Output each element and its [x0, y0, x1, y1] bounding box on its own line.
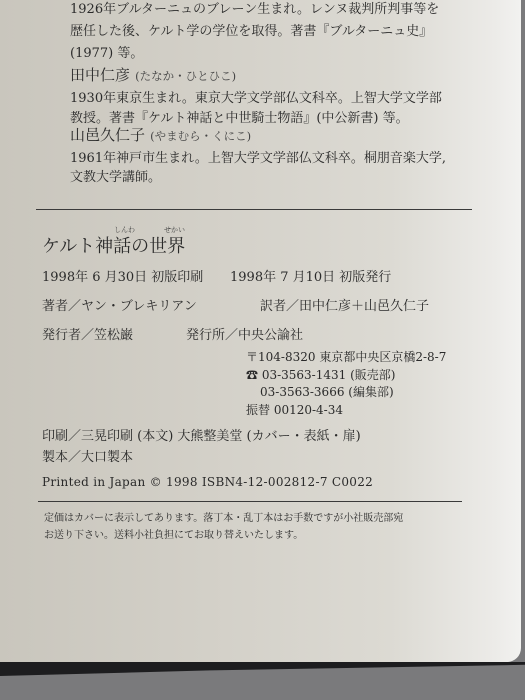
- bio3-heading: 山邑久仁子 (やまむら・くにこ): [70, 124, 251, 145]
- book-title: ケルト神話の世界: [42, 232, 185, 258]
- notice-line2: お送り下さい。送料小社負担にてお取り替えいたします。: [44, 526, 303, 541]
- publisher-person: 発行者／笠松巌: [42, 324, 133, 343]
- bio1-line2: 歴任した後、ケルト学の学位を取得。著書『ブルターニュ史』: [70, 20, 432, 39]
- bio3-reading: (やまむら・くにこ): [150, 129, 251, 143]
- bio2-line1: 1930年東京生まれ。東京大学文学部仏文科卒。上智大学文学部: [70, 87, 442, 106]
- bio2-reading: (たなか・ひとひこ): [135, 69, 236, 83]
- bio3-line2: 文教大学講師。: [70, 166, 161, 185]
- translator: 訳者／田中仁彦＋山邑久仁子: [260, 295, 429, 314]
- divider-top: [36, 209, 472, 210]
- first-print-date: 1998年 6 月30日 初版印刷: [42, 266, 203, 285]
- publisher-address: 〒104-8320 東京都中央区京橋2-8-7: [246, 348, 446, 365]
- book-cover-edge: [0, 662, 525, 676]
- phone-editorial: 03-3563-3666 (編集部): [260, 383, 394, 400]
- phone-sales: ☎ 03-3563-1431 (販売部): [246, 366, 395, 383]
- bio2-heading: 田中仁彦 (たなか・ひとひこ): [70, 64, 236, 85]
- author: 著者／ヤン・ブレキリアン: [42, 295, 197, 314]
- publisher-company: 発行所／中央公論社: [186, 324, 303, 343]
- divider-bottom: [38, 501, 462, 502]
- first-publish-date: 1998年 7 月10日 初版発行: [230, 266, 391, 285]
- binder: 製本／大口製本: [42, 446, 133, 465]
- bio2-name: 田中仁彦: [70, 66, 130, 84]
- transfer-account: 振替 00120-4-34: [246, 401, 343, 418]
- book-page: 1926年ブルターニュのブレーン生まれ。レンヌ裁判所判事等を 歴任した後、ケルト…: [0, 0, 521, 662]
- bio1-line1: 1926年ブルターニュのブレーン生まれ。レンヌ裁判所判事等を: [70, 0, 439, 17]
- isbn-line: Printed in Japan © 1998 ISBN4-12-002812-…: [42, 475, 373, 489]
- bio3-line1: 1961年神戸市生まれ。上智大学文学部仏文科卒。桐朋音楽大学,: [70, 147, 446, 166]
- notice-line1: 定価はカバーに表示してあります。落丁本・乱丁本はお手数ですが小社販売部宛: [44, 509, 403, 524]
- bio3-name: 山邑久仁子: [70, 126, 145, 144]
- bio1-line3: (1977) 等。: [70, 42, 143, 61]
- printer: 印刷／三晃印刷 (本文) 大熊整美堂 (カバー・表紙・扉): [42, 425, 361, 444]
